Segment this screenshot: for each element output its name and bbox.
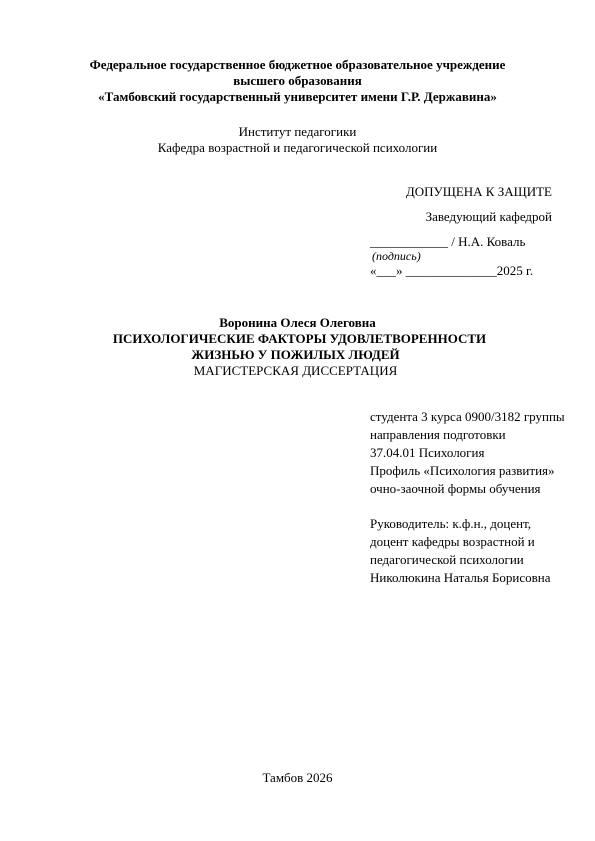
- department-name: Кафедра возрастной и педагогической псих…: [0, 140, 595, 156]
- thesis-title-block: Воронина Олеся Олеговна ПСИХОЛОГИЧЕСКИЕ …: [0, 315, 595, 379]
- approval-date-line: «___» ______________2025 г.: [370, 263, 552, 279]
- signature-caption: (подпись): [370, 250, 552, 263]
- supervisor-name: Николюкина Наталья Борисовна: [370, 569, 590, 587]
- footer-city-year: Тамбов 2026: [0, 770, 595, 786]
- university-header: Федеральное государственное бюджетное об…: [0, 57, 595, 105]
- thesis-title-line-1: ПСИХОЛОГИЧЕСКИЕ ФАКТОРЫ УДОВЛЕТВОРЕННОСТ…: [4, 331, 595, 347]
- supervisor-position: доцент кафедры возрастной и: [370, 533, 590, 551]
- institute-block: Институт педагогики Кафедра возрастной и…: [0, 124, 595, 156]
- student-profile: Профиль «Психология развития»: [370, 462, 590, 480]
- approval-status: ДОПУЩЕНА К ЗАЩИТЕ: [370, 184, 552, 200]
- institute-name: Институт педагогики: [0, 124, 595, 140]
- header-line-education-level: высшего образования: [0, 73, 595, 89]
- degree-type: МАГИСТЕРСКАЯ ДИССЕРТАЦИЯ: [0, 363, 595, 379]
- supervisor-info: Руководитель: к.ф.н., доцент, доцент каф…: [370, 515, 590, 587]
- city-year: Тамбов 2026: [0, 770, 595, 786]
- student-study-form: очно-заочной формы обучения: [370, 480, 590, 498]
- author-name: Воронина Олеся Олеговна: [0, 315, 595, 331]
- student-info: студента 3 курса 0900/3182 группы направ…: [370, 408, 590, 498]
- header-line-organization-type: Федеральное государственное бюджетное об…: [0, 57, 595, 73]
- thesis-title-line-2: ЖИЗНЬЮ У ПОЖИЛЫХ ЛЮДЕЙ: [0, 347, 595, 363]
- student-direction-label: направления подготовки: [370, 426, 590, 444]
- student-direction-code: 37.04.01 Психология: [370, 444, 590, 462]
- student-course-group: студента 3 курса 0900/3182 группы: [370, 408, 590, 426]
- approval-block: ДОПУЩЕНА К ЗАЩИТЕ Заведующий кафедрой __…: [370, 184, 552, 279]
- supervisor-title: Руководитель: к.ф.н., доцент,: [370, 515, 590, 533]
- approval-position: Заведующий кафедрой: [370, 209, 552, 225]
- header-line-university-name: «Тамбовский государственный университет …: [0, 89, 595, 105]
- signature-line: ____________ / Н.А. Коваль: [370, 234, 552, 250]
- supervisor-department: педагогической психологии: [370, 551, 590, 569]
